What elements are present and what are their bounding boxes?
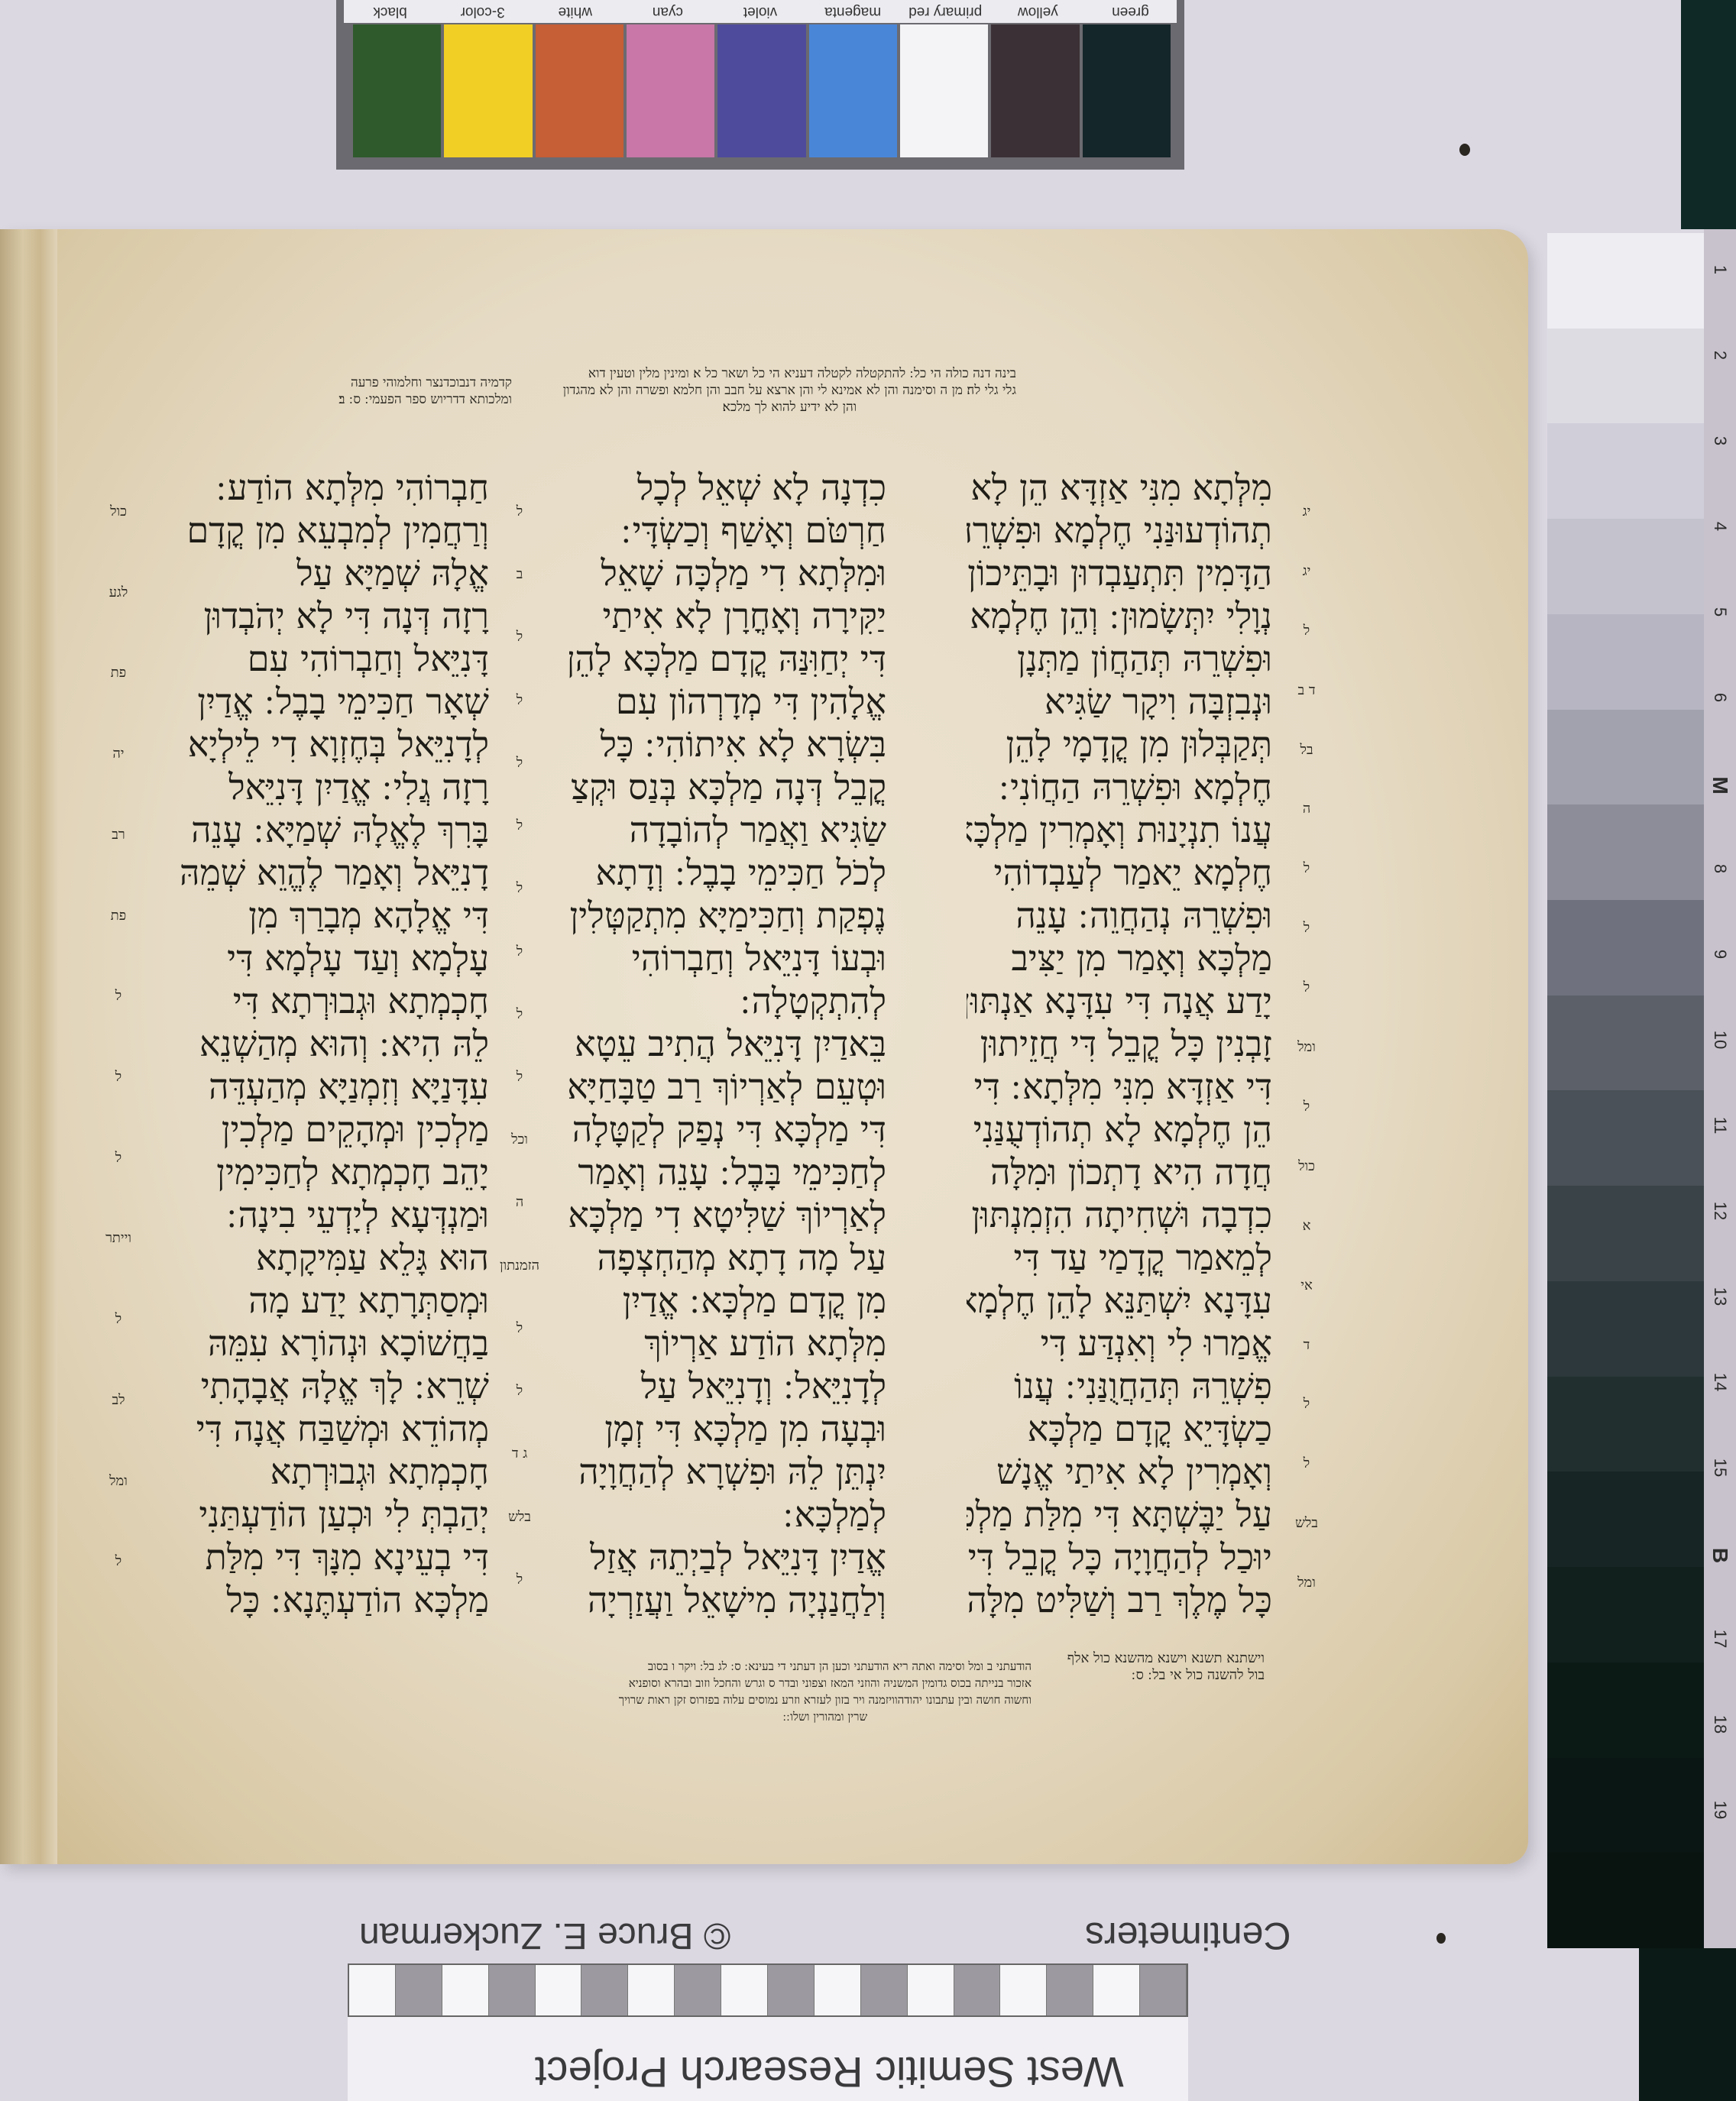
margin-note: יג [1284,564,1330,579]
margin-note: ל [497,504,542,520]
text-line: לְמֵאמַר קֳדָמַי עַד דִּי [967,1236,1272,1279]
ruler-tick: M [1708,772,1732,798]
checker-square [815,1965,861,2015]
swatch-cyan [809,24,897,157]
text-line: מַלְכִין וּמְהָקֵים מַלְכִין [172,1108,489,1151]
margin-note: ד ב [1284,683,1330,698]
margin-note: ג ד [497,1446,542,1462]
margin-note: ומל [96,1474,141,1489]
checker-square [954,1965,1001,2015]
masorah-line: שרין ומהורין ושלו ׃ ׃ [619,1708,1032,1725]
text-line: יְהַבְתְּ לִי וּכְעַן הוֹדַעְתַּנִי [172,1493,489,1536]
masorah-header-left: קדמיה דנבוכדנצר וחלמוהי פרעה ומלכותא דדר… [338,374,512,408]
scale-checkerboard [348,1963,1188,2017]
masorah-line: אזכור בנייתה בכוס גדומין המשניה והוזני ה… [619,1675,1032,1691]
text-line: פִשְׁרֵהּ תְּהַחֲוֻנַּנִי ׃ עֲנוֹ [967,1365,1272,1407]
color-label: 3-color [436,0,529,23]
checker-square [628,1965,675,2015]
checker-square [349,1965,396,2015]
text-line: נֶפְקַת וְחַכִּימַיָּא מִתְקַטְּלִין [569,894,886,937]
masorah-line: ומלכותא דדריוש ספר הפעמי ׃ ס ׃ ב׃ [338,391,512,408]
checker-square [1047,1965,1093,2015]
text-line: וּבְעָה מִן מַלְכָּא דִּי זְמָן [569,1407,886,1450]
text-line: שַׂגִּיא וַאֲמַר לְהוֹבָדָה [569,808,886,851]
text-line: חָכְמְתָא וּגְבוּרְתָא [172,1450,489,1493]
ruler-tick: 2 [1710,342,1730,368]
text-line: בַחֲשׁוֹכָא וּנְהוֹרָא עִמֵּהּ [172,1322,489,1365]
gray-step [1547,1662,1704,1758]
ruler-tick: 4 [1710,513,1730,539]
text-line: וְאָמְרִין לָא אִיתַי אֱנָשׁ [967,1450,1272,1493]
text-line: דִּי בְעֵינָא מִנָּךְ דִּי מִלַּת [172,1536,489,1578]
text-line: אֱמַרוּ לִי וְאִנְדַּע דִּי [967,1322,1272,1365]
margin-note: בלש [1284,1516,1330,1531]
margin-note: רב [96,827,141,843]
text-line: חַרְטֹּם וְאָשַׁף וְכַשְׂדָּי ׃ [569,509,886,552]
text-line: רָזָה גֲלִי ׃ אֱדַיִן דָּנִיֵּאל [172,766,489,808]
margin-note: ל [96,1070,141,1085]
text-line: דָנִיֵּאל וְאָמַר לֶהֱוֵא שְׁמֵהּ [172,851,489,894]
margin-note: ל [1284,1099,1330,1115]
text-line: יָדַע אֲנָה דִּי עִדָּנָא אַנְתּוּן [967,979,1272,1022]
text-line: כָּל מֶלֶךְ רַב וְשַׁלִּיט מִלָּה [967,1578,1272,1621]
margin-note: כול [96,504,141,520]
swatch-magenta [627,24,714,157]
text-line: עֲנוֹ תִנְיָנוּת וְאָמְרִין מַלְכָּא [967,808,1272,851]
text-line: עִדָּנַיָּא וְזִמְנַיָּא מְהַעְדֵּה [172,1065,489,1108]
text-line: נְוָלִי יִתְּשָׂמוּן ׃ וְהֵן חֶלְמָא [967,594,1272,637]
swatch-yellow [444,24,532,157]
masorah-line: והן לא ידיע להוא לך מלכא׃ [563,399,1016,416]
ruler-tick: 17 [1710,1626,1730,1652]
checker-square [489,1965,536,2015]
text-line: הֵן חֶלְמָא לָא תְהוֹדְעֻנַּנִי [967,1108,1272,1151]
margin-note: ל [96,1151,141,1166]
ruler-tick: 8 [1710,856,1730,882]
margin-note: ל [96,1554,141,1569]
project-name-text: West Semitic Research Project [535,2048,1124,2097]
text-line: מִלְּתָא הוֹדַע אַרְיוֹךְ [569,1322,886,1365]
text-line: וּפִשְׁרֵהּ תְּהַחֲוֹן מַתְּנָן [967,637,1272,680]
text-column-middle: כִדְנָה לָא שְׁאֵל לְכָלחַרְטֹּם וְאָשַׁ… [569,466,886,1621]
margin-note: הזמנתון [497,1258,542,1274]
text-line: אֱלָהִין דִּי מְדָרְהוֹן עִם [569,680,886,723]
margin-note: יה [96,746,141,762]
gray-step [1547,1567,1704,1662]
ruler-tick: 11 [1710,1112,1730,1138]
text-line: לְחַכִּימֵי בָּבֶל ׃ עָנֵה וְאָמַר [569,1151,886,1193]
text-line: הוּא גָּלֵא עַמִּיקָתָא [172,1236,489,1279]
text-line: מִן קֳדָם מַלְכָּא ׃ אֱדַיִן [569,1279,886,1322]
gray-step [1547,804,1704,900]
text-line: אֱדַיִן דָּנִיֵּאל לְבַיְתֵהּ אֲזַל [569,1536,886,1578]
margin-note: ל [497,693,542,708]
text-line: לְהִתְקְטָלָה ׃ [569,979,886,1022]
masorah-line: קדמיה דנבוכדנצר וחלמוהי פרעה [338,374,512,391]
grayscale-strip [1547,233,1704,1948]
ruler-tick: 3 [1710,428,1730,454]
masorah-footer-right: וישתנא תשנא וישנא מהשנא כול אלף בול להשנ… [1067,1650,1265,1684]
margin-note: ל [497,818,542,834]
masorah-footer-left: הודעתני ב ומל וסימה ואתה ריא הודעתני וכע… [619,1658,1032,1725]
margin-note: ל [1284,1397,1330,1412]
ruler-tick: 9 [1710,941,1730,967]
gray-step [1547,1471,1704,1567]
text-line: מַלְכָּא וְאָמַר מִן יַצִּיב [967,937,1272,979]
color-label: white [529,0,621,23]
text-line: וְרַחֲמִין לְמִבְעֵא מִן קֳדָם [172,509,489,552]
checker-square [581,1965,628,2015]
centimeters-text: Centimeters [1085,1914,1291,1958]
margin-note: לגע [96,585,141,601]
gray-step [1547,519,1704,614]
centimeters-label: Centimeters [1085,1914,1291,1958]
text-line: דָּנִיֵּאל וְחַבְרוֹהִי עִם [172,637,489,680]
margin-note: כול [1284,1159,1330,1174]
text-line: עַל יַבֶּשְׁתָּא דִּי מִלַּת מַלְכָּא [967,1493,1272,1536]
text-line: דִּי יְחַוִּנַּהּ קֳדָם מַלְכָּא לָהֵן [569,637,886,680]
dark-backdrop-top-right [1681,0,1736,229]
color-label: violet [714,0,806,23]
margin-note: פת [96,908,141,924]
checker-square [536,1965,582,2015]
margin-note: וייתר [96,1231,141,1246]
text-line: חָכְמְתָא וּגְבוּרְתָא דִּי [172,979,489,1022]
ruler-tick: 18 [1710,1711,1730,1737]
text-line: כִדְבָה וּשְׁחִיתָה הִזְמִנְתּוּן [967,1193,1272,1236]
color-label: primary red [899,0,992,23]
ruler-tick: 6 [1710,685,1730,711]
margin-note: ל [1284,980,1330,995]
checker-square [768,1965,815,2015]
masorah-line: וישתנא תשנא וישנא מהשנא כול אלף [1067,1650,1265,1667]
gray-step [1547,329,1704,424]
gray-step [1547,1758,1704,1853]
ruler-tick: 15 [1710,1455,1730,1481]
text-line: חֲדָה הִיא דָתְכוֹן וּמִלָּה [967,1151,1272,1193]
margin-note: ל [497,1384,542,1399]
gray-step [1547,1281,1704,1377]
text-line: לְמַלְכָּא ׃ [569,1493,886,1536]
copyright-label: © Bruce E. Zuckerman [359,1914,730,1957]
gray-step [1547,1090,1704,1186]
text-line: כַשְׂדָּיֵא קֳדָם מַלְכָּא [967,1407,1272,1450]
text-line: מִלְּתָא מִנִּי אַזְדָּא הֵן לָא [967,466,1272,509]
margin-note: ל [1284,861,1330,876]
swatch-violet [717,24,805,157]
color-label: magenta [807,0,899,23]
swatch-black [1083,24,1171,157]
text-line: עַל מָה דָתָא מְהַחְצְפָה [569,1236,886,1279]
text-line: וּטְעֵם לְאַרְיוֹךְ רַב טַבָּחַיָּא [569,1065,886,1108]
checker-square [396,1965,442,2015]
checker-square [861,1965,908,2015]
margin-note: ל [1284,623,1330,639]
text-line: וּבְעוֹ דָּנִיֵּאל וְחַבְרוֹהִי [569,937,886,979]
checker-square [908,1965,954,2015]
text-line: יַקִּירָה וְאָחֳרָן לָא אִיתַי [569,594,886,637]
dark-backdrop-bottom-right [1639,1948,1736,2101]
text-column-left: חַבְרוֹהִי מִלְּתָא הוֹדַע ׃וְרַחֲמִין ל… [172,466,489,1621]
text-line: וּנְבִזְבָּה וִיקָר שַׂגִּיא [967,680,1272,723]
centimeter-ruler: 123456M89101112131415B171819 [1704,229,1736,1948]
page-binding-edge [0,229,57,1864]
checker-square [1000,1965,1047,2015]
margin-note: ל [497,881,542,896]
speck [1459,144,1470,156]
ruler-tick: 13 [1710,1284,1730,1309]
margin-note: ל [497,1070,542,1085]
text-column-right: מִלְּתָא מִנִּי אַזְדָּא הֵן לָאתְהוֹדְע… [967,466,1272,1621]
color-label: cyan [621,0,714,23]
speck [1436,1933,1446,1944]
ruler-tick: B [1708,1543,1732,1568]
text-line: לֵהּ הִיא ׃ וְהוּא מְהַשְׁנֵא [172,1022,489,1065]
ruler-tick: 10 [1710,1027,1730,1053]
text-line: אֱלָהּ שְׁמַיָּא עַל [172,552,489,594]
color-swatches [353,24,1171,157]
text-line: וּמַנְדְּעָא לְיָדְעֵי בִינָה ׃ [172,1193,489,1236]
text-line: חַבְרוֹהִי מִלְּתָא הוֹדַע ׃ [172,466,489,509]
text-line: זָבְנִין כָּל קֳבֵל דִּי חֲזֵיתוּן [967,1022,1272,1065]
ruler-tick: 5 [1710,599,1730,625]
text-line: רָזָה דְּנָה דִּי לָא יְהֹבְדוּן [172,594,489,637]
margin-note: ה [1284,801,1330,817]
margin-note: פת [96,665,141,681]
margin-note: וכל [497,1132,542,1148]
text-line: לְדָנִיֵּאל ׃ וְדָנִיֵּאל עַל [569,1365,886,1407]
color-label: yellow [992,0,1084,23]
text-line: עִדָּנָא יִשְׁתַּנֵּא לָהֵן חֶלְמָא [967,1279,1272,1322]
swatch-3-color [991,24,1079,157]
checker-square [1093,1965,1140,2015]
text-line: חֶלְמָא וּפִשְׁרֵהּ הַחֲוֹנִי ׃ [967,766,1272,808]
text-line: לְכֹל חַכִּימֵי בָבֶל ׃ וְדָתָא [569,851,886,894]
text-line: דִּי אֱלָהָא מְבָרַךְ מִן [172,894,489,937]
margin-note: ל [1284,1456,1330,1471]
margin-note: ל [497,944,542,960]
text-line: תְּקַבְּלוּן מִן קֳדָמָי לָהֵן [967,723,1272,766]
text-line: לְדָנִיֵּאל בְּחֶזְוָא דִי לֵילְיָא [172,723,489,766]
checker-square [721,1965,768,2015]
text-line: לְאַרְיוֹךְ שַׁלִּיטָא דִי מַלְכָּא [569,1193,886,1236]
swatch-white [900,24,988,157]
text-line: חֶלְמָא יֵאמַר לְעַבְדוֹהִי [967,851,1272,894]
margin-note: ל [96,1312,141,1327]
masorah-line: גלי גלי לה׃ מן ה וסימנה והן לא אמינא לי … [563,382,1016,399]
margin-note: ל [497,630,542,645]
text-line: בָּרִךְ לֶאֱלָהּ שְׁמַיָּא ׃ עָנֵה [172,808,489,851]
text-line: מְהוֹדֵא וּמְשַׁבַּח אֲנָה דִּי [172,1407,489,1450]
text-line: עָלְמָא וְעַד עָלְמָא דִּי [172,937,489,979]
gray-step [1547,710,1704,805]
margin-note: אי [1284,1278,1330,1293]
color-calibration-bar: black 3-color white cyan violet magenta … [336,0,1184,170]
margin-note: בלש [497,1510,542,1525]
text-line: יָהֵב חָכְמְתָא לְחַכִּימִין [172,1151,489,1193]
text-line: דִּי מַלְכָּא דִּי נְפַק לְקַטָּלָה [569,1108,886,1151]
margin-note: ומל [1284,1040,1330,1055]
gray-step [1547,423,1704,519]
text-line: בִּשְׂרָא לָא אִיתוֹהִי ׃ כָּל [569,723,886,766]
margin-note: ל [497,1321,542,1336]
masorah-line: בול להשנה כול אי בל ׃ ס ׃ [1067,1667,1265,1684]
text-line: וּפִשְׁרֵהּ נְהַחֲוֵה ׃ עָנֵה [967,894,1272,937]
ruler-tick: 14 [1710,1369,1730,1395]
color-bar-labels: black 3-color white cyan violet magenta … [344,0,1177,23]
gray-step [1547,233,1704,329]
margin-note: ל [96,989,141,1004]
ruler-tick: 19 [1710,1797,1730,1823]
color-label: green [1084,0,1177,23]
checker-square [442,1965,489,2015]
margin-note: ל [497,756,542,771]
margin-note: יג [1284,504,1330,520]
swatch-green [353,24,441,157]
margin-note: ומל [1284,1575,1330,1591]
gray-step [1547,1186,1704,1281]
text-line: מַלְכָּא הוֹדַעְתֶּנָא ׃ כָּל [172,1578,489,1621]
ruler-tick: 12 [1710,1198,1730,1224]
margin-note: ד [1284,1338,1330,1353]
margin-note: לב [96,1393,141,1408]
text-line: וּמְסַתְּרָתָא יָדַע מָה [172,1279,489,1322]
gray-step [1547,1377,1704,1472]
masorah-line: וחשוה חושה ובין עתבונו יהודהוויזמנה ויר … [619,1691,1032,1708]
checker-square [675,1965,721,2015]
margin-note: א [1284,1219,1330,1234]
text-line: יוּכַל לְהַחֲוָיָה כָּל קֳבֵל דִּי [967,1536,1272,1578]
color-label: black [344,0,436,23]
masorah-line: בינה דנה כולה הי כל ׃ להתקטלה לקטלה דעני… [563,365,1016,382]
project-name-label: West Semitic Research Project [535,2048,1124,2098]
text-line: שְׁאָר חַכִּימֵי בָבֶל ׃ אֱדַיִן [172,680,489,723]
margin-note: ל [1284,921,1330,936]
copyright-text: © Bruce E. Zuckerman [359,1915,730,1957]
manuscript-page: בינה דנה כולה הי כל ׃ להתקטלה לקטלה דעני… [0,229,1528,1864]
margin-note: בל [1284,743,1330,758]
gray-step [1547,900,1704,995]
text-line: תְהוֹדְעוּנַּנִי חֶלְמָא וּפִשְׁרֵהּ [967,509,1272,552]
margin-note: ל [497,1572,542,1588]
text-line: דִּי אַזְדָּא מִנִּי מִלְּתָא ׃ דִּי [967,1065,1272,1108]
gray-step [1547,1853,1704,1948]
margin-note: ל [497,1007,542,1022]
margin-note: ב [497,567,542,582]
ruler-tick: 1 [1710,257,1730,283]
masorah-header-right: בינה דנה כולה הי כל ׃ להתקטלה לקטלה דעני… [563,365,1016,416]
text-line: וְלַחֲנַנְיָה מִישָׁאֵל וַעֲזַרְיָה [569,1578,886,1621]
text-line: וּמִלְּתָא דִי מַלְכָּה שָׁאֵל [569,552,886,594]
text-line: כִדְנָה לָא שְׁאֵל לְכָל [569,466,886,509]
margin-note: ה [497,1195,542,1210]
swatch-primary-red [536,24,623,157]
gray-step [1547,995,1704,1091]
text-line: יִנְתֵּן לֵהּ וּפִשְׁרָא לְהַחֲוָיָה [569,1450,886,1493]
text-line: בֵּאדַיִן דָּנִיֵּאל הֲתִיב עֵטָא [569,1022,886,1065]
text-line: הַדָּמִין תִּתְעַבְדוּן וּבָתֵּיכוֹן [967,552,1272,594]
text-line: שְׁרֵא ׃ לָךְ אֱלָהּ אֲבָהָתִי [172,1365,489,1407]
masorah-line: הודעתני ב ומל וסימה ואתה ריא הודעתני וכע… [619,1658,1032,1675]
gray-step [1547,614,1704,710]
text-line: קֳבֵל דְּנָה מַלְכָּא בְּנַס וּקְצַף [569,766,886,808]
checker-square [1140,1965,1187,2015]
